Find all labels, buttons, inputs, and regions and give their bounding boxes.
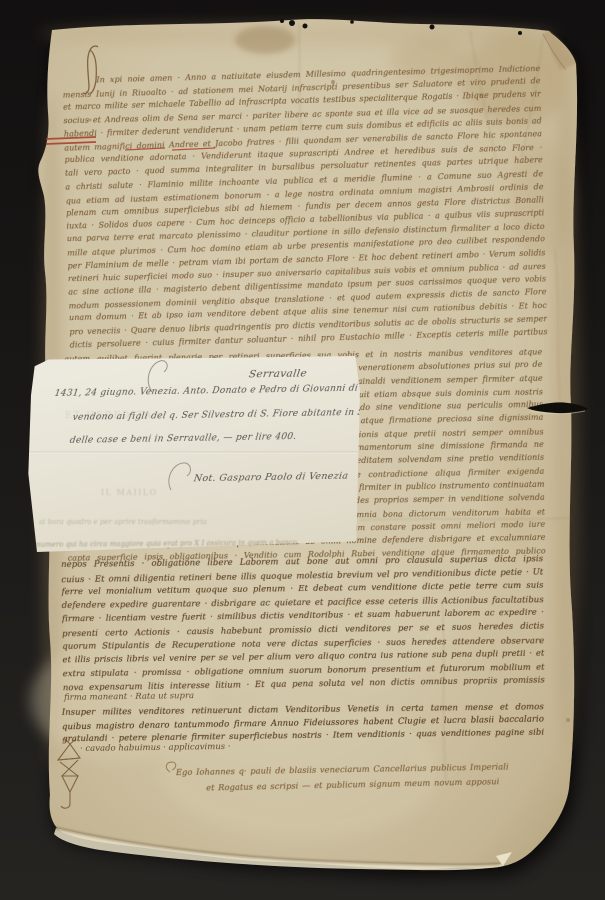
manuscript-block-opening: In xpi noie amen · Anno a natiuitate eiu… — [62, 61, 548, 351]
note-faint-print: IL MAIILO — [101, 488, 158, 497]
note-heading: Serravalle — [248, 367, 308, 380]
note-body-line: delle case e beni in Serravalle, — per l… — [69, 432, 297, 446]
manuscript-block-clauses: nepos Presentis · obligatione libere Lab… — [61, 553, 545, 696]
photograph-of-manuscript: In xpi noie amen · Anno a natiuitate eiu… — [0, 0, 605, 900]
note-bleed-through-line: ai bora quadro e per aprire trasformammo… — [39, 518, 207, 526]
notarial-subscription: Ego Iohannes q· pauli de blasiis venecia… — [176, 759, 528, 795]
note-faint-stamp: ET HEREDITA — [65, 411, 153, 421]
note-date-line: 1431, 24 giugno. Venezia. Anto. Donato e… — [54, 383, 399, 399]
manuscript-line-tail: firma maneant · Rata ut supra — [64, 691, 194, 703]
archivist-note-slip: Serravalle 1431, 24 giugno. Venezia. Ant… — [27, 356, 360, 552]
note-fold-crease — [27, 451, 360, 454]
manuscript-line-tail: · cavado habuimus · applicavimus · — [80, 742, 231, 754]
manuscript-block-insuper: Insuper milites venditores retinuerunt d… — [62, 701, 544, 747]
note-signature: Not. Gasparo Paolo di Venezia — [193, 471, 349, 485]
note-flourish — [142, 358, 182, 398]
note-signature-flourish — [163, 460, 199, 494]
